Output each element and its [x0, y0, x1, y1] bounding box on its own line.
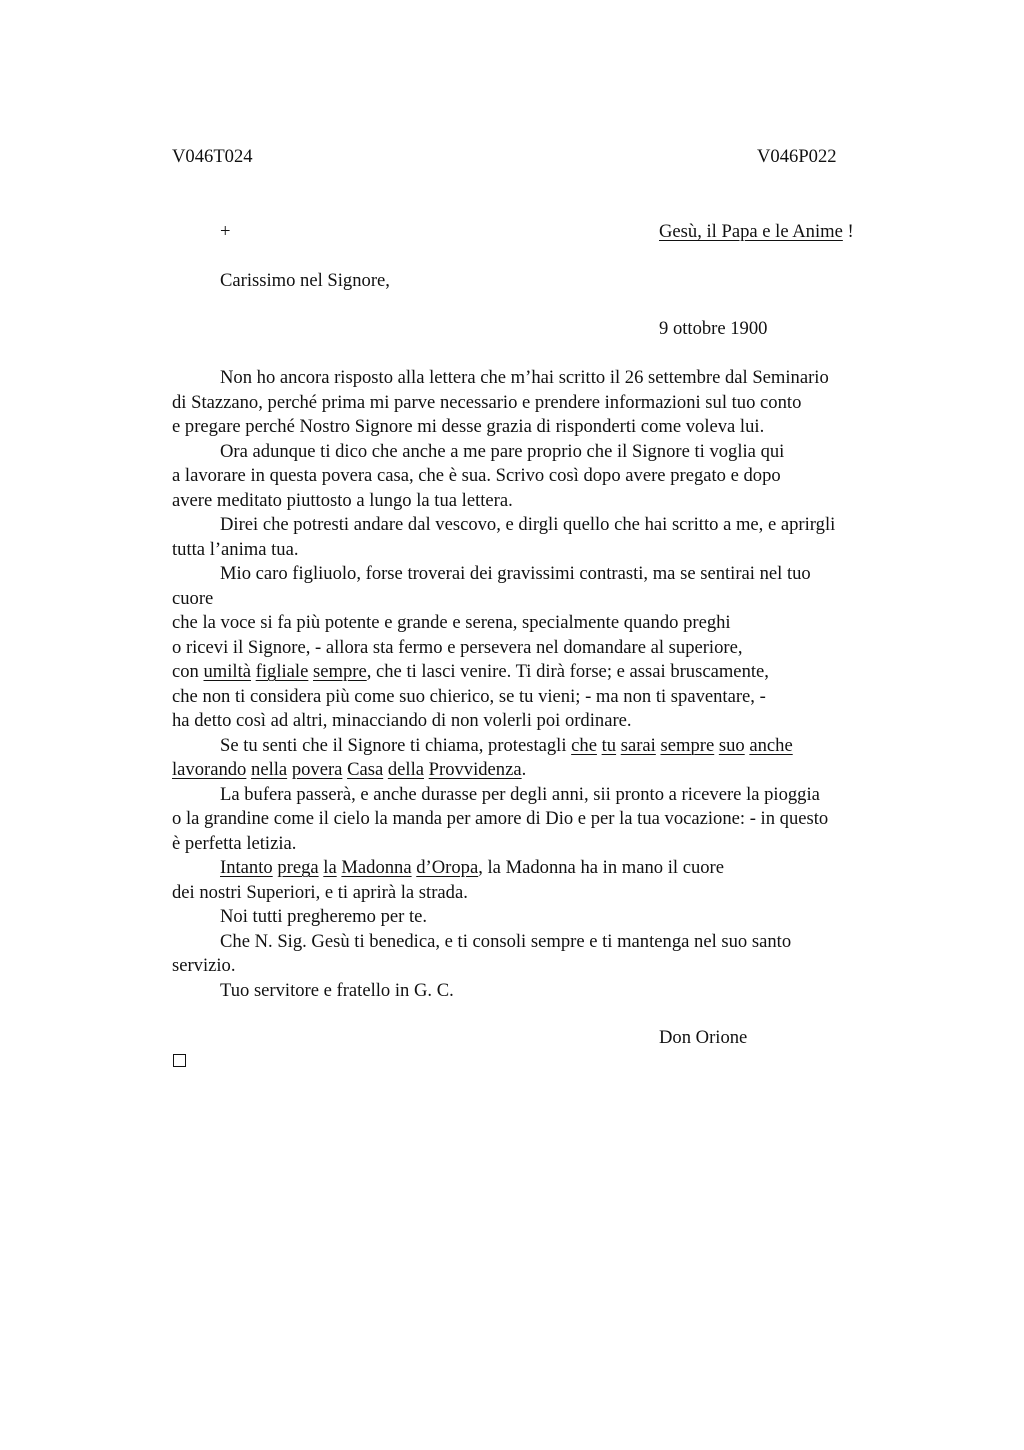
empty-square-icon: [173, 1054, 186, 1067]
body-line: Noi tutti pregheremo per te.: [220, 905, 427, 930]
underlined-word: lavorando: [172, 759, 246, 780]
text-segment: Noi tutti pregheremo per te.: [220, 906, 427, 927]
underlined-word: d’Oropa: [416, 857, 478, 878]
text-segment: ha detto così ad altri, minacciando di n…: [172, 710, 632, 731]
text-segment: dei nostri Superiori, e ti aprirà la str…: [172, 882, 468, 903]
underlined-word: povera: [292, 759, 343, 780]
body-line: cuore: [172, 587, 213, 612]
underlined-word: la: [323, 857, 336, 878]
letter-body: Non ho ancora risposto alla lettera che …: [172, 366, 932, 1026]
text-segment: è perfetta letizia.: [172, 833, 296, 854]
letter-page: V046T024 V046P022 + Gesù, il Papa e le A…: [0, 0, 1024, 1450]
underlined-word: umiltà: [204, 661, 252, 682]
body-line: con umiltà figliale sempre, che ti lasci…: [172, 660, 769, 685]
body-line: di Stazzano, perché prima mi parve neces…: [172, 391, 801, 416]
underlined-word: Madonna: [341, 857, 411, 878]
motto-text: Gesù, il Papa e le Anime: [659, 221, 843, 242]
body-line: o ricevi il Signore, - allora sta fermo …: [172, 636, 743, 661]
text-segment: .: [522, 759, 527, 780]
body-line: è perfetta letizia.: [172, 832, 296, 857]
text-segment: Ora adunque ti dico che anche a me pare …: [220, 441, 784, 462]
body-line: Non ho ancora risposto alla lettera che …: [220, 366, 829, 391]
underlined-word: sempre: [661, 735, 715, 756]
text-segment: avere meditato piuttosto a lungo la tua …: [172, 490, 513, 511]
text-segment: Mio caro figliuolo, forse troverai dei g…: [220, 563, 811, 584]
body-line: Direi che potresti andare dal vescovo, e…: [220, 513, 835, 538]
text-segment: tutta l’anima tua.: [172, 539, 299, 560]
body-line: che non ti considera più come suo chieri…: [172, 685, 766, 710]
body-line: e pregare perché Nostro Signore mi desse…: [172, 415, 764, 440]
body-line: Intanto prega la Madonna d’Oropa, la Mad…: [220, 856, 724, 881]
cross-symbol: +: [220, 220, 231, 245]
text-segment: che la voce si fa più potente e grande e…: [172, 612, 731, 633]
underlined-word: nella: [251, 759, 287, 780]
underlined-word: sempre: [313, 661, 367, 682]
body-line: ha detto così ad altri, minacciando di n…: [172, 709, 632, 734]
body-line: tutta l’anima tua.: [172, 538, 299, 563]
document-code-right: V046P022: [757, 145, 837, 170]
motto-punctuation: !: [843, 221, 854, 242]
text-segment: con: [172, 661, 204, 682]
body-line: Ora adunque ti dico che anche a me pare …: [220, 440, 784, 465]
body-line: servizio.: [172, 954, 236, 979]
text-segment: o la grandine come il cielo la manda per…: [172, 808, 828, 829]
text-segment: , la Madonna ha in mano il cuore: [478, 857, 724, 878]
underlined-word: suo: [719, 735, 745, 756]
text-segment: Che N. Sig. Gesù ti benedica, e ti conso…: [220, 931, 791, 952]
text-segment: o ricevi il Signore, - allora sta fermo …: [172, 637, 743, 658]
text-segment: a lavorare in questa povera casa, che è …: [172, 465, 781, 486]
underlined-word: che: [571, 735, 597, 756]
underlined-word: Provvidenza: [429, 759, 522, 780]
body-line: o la grandine come il cielo la manda per…: [172, 807, 828, 832]
letter-date: 9 ottobre 1900: [659, 317, 767, 342]
underlined-word: figliale: [256, 661, 309, 682]
text-segment: Direi che potresti andare dal vescovo, e…: [220, 514, 835, 535]
text-segment: servizio.: [172, 955, 236, 976]
body-line: La bufera passerà, e anche durasse per d…: [220, 783, 820, 808]
underlined-word: Intanto: [220, 857, 273, 878]
underlined-word: della: [388, 759, 424, 780]
text-segment: cuore: [172, 588, 213, 609]
text-segment: , che ti lasci venire. Ti dirà forse; e …: [367, 661, 769, 682]
body-line: avere meditato piuttosto a lungo la tua …: [172, 489, 513, 514]
text-segment: che non ti considera più come suo chieri…: [172, 686, 766, 707]
underlined-word: prega: [277, 857, 318, 878]
text-segment: La bufera passerà, e anche durasse per d…: [220, 784, 820, 805]
text-segment: Tuo servitore e fratello in G. C.: [220, 980, 454, 1001]
underlined-word: sarai: [621, 735, 656, 756]
body-line: lavorando nella povera Casa della Provvi…: [172, 758, 526, 783]
body-line: Che N. Sig. Gesù ti benedica, e ti conso…: [220, 930, 791, 955]
underlined-word: tu: [602, 735, 616, 756]
document-code-left: V046T024: [172, 145, 253, 170]
body-line: Mio caro figliuolo, forse troverai dei g…: [220, 562, 811, 587]
body-line: dei nostri Superiori, e ti aprirà la str…: [172, 881, 468, 906]
motto: Gesù, il Papa e le Anime !: [659, 220, 854, 245]
text-segment: Se tu senti che il Signore ti chiama, pr…: [220, 735, 571, 756]
salutation: Carissimo nel Signore,: [220, 269, 390, 294]
body-line: Tuo servitore e fratello in G. C.: [220, 979, 454, 1004]
text-segment: Non ho ancora risposto alla lettera che …: [220, 367, 829, 388]
underlined-word: Casa: [347, 759, 383, 780]
underlined-word: anche: [749, 735, 792, 756]
text-segment: di Stazzano, perché prima mi parve neces…: [172, 392, 801, 413]
signature: Don Orione: [659, 1026, 747, 1051]
body-line: che la voce si fa più potente e grande e…: [172, 611, 731, 636]
text-segment: e pregare perché Nostro Signore mi desse…: [172, 416, 764, 437]
body-line: Se tu senti che il Signore ti chiama, pr…: [220, 734, 793, 759]
body-line: a lavorare in questa povera casa, che è …: [172, 464, 781, 489]
